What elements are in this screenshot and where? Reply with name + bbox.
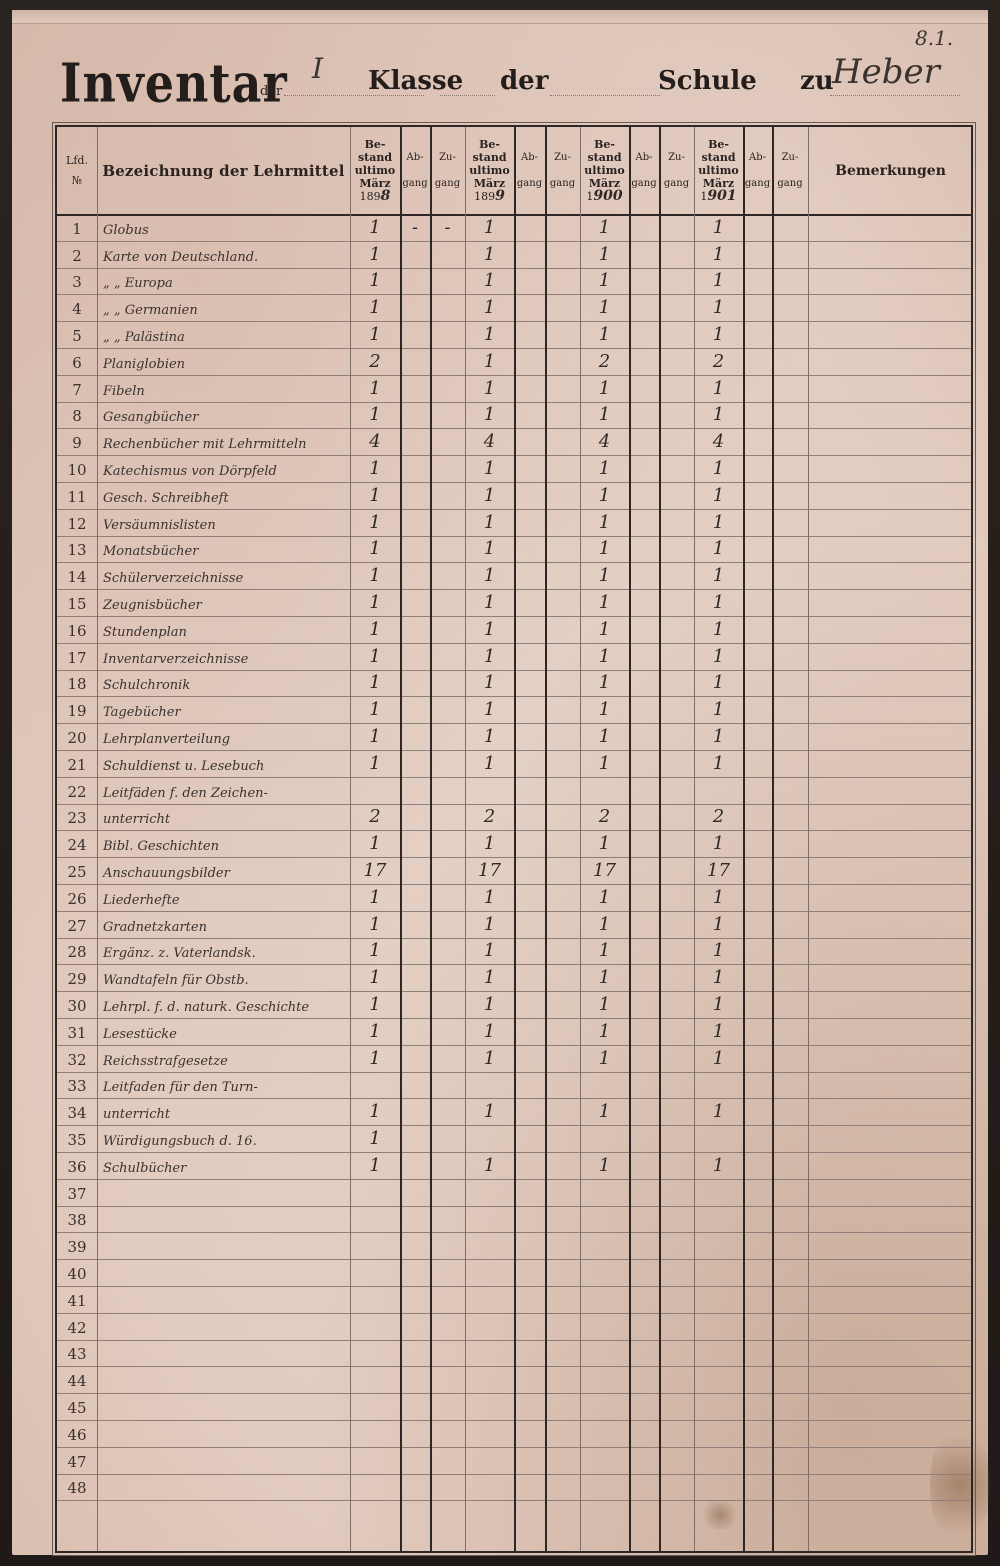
abgang-value	[400, 294, 430, 321]
row-number: 18	[57, 670, 97, 697]
row-number: 21	[57, 750, 97, 777]
stock-count: 1	[465, 402, 514, 429]
stock-count: 1	[350, 616, 400, 643]
item-description: „ „ Palästina	[97, 321, 350, 348]
header-abgang-text: gang	[517, 171, 542, 197]
zugang-value	[430, 723, 465, 750]
stock-count: 1	[350, 375, 400, 402]
zugang-value	[430, 1045, 465, 1072]
header-bestand-text: ultimo	[355, 164, 395, 177]
stock-count: 2	[465, 804, 514, 831]
zugang-value	[430, 589, 465, 616]
abgang-value	[400, 830, 430, 857]
zugang-value	[430, 1259, 465, 1286]
abgang-value	[400, 616, 430, 643]
stock-count: 1	[465, 670, 514, 697]
item-description	[97, 1206, 350, 1233]
stock-count: 1	[465, 643, 514, 670]
stock-count: 2	[694, 348, 743, 375]
abgang-value	[400, 1447, 430, 1474]
title-schule: Schule	[658, 66, 757, 96]
item-description	[97, 1420, 350, 1447]
stock-count: 1	[694, 670, 743, 697]
row-number: 32	[57, 1045, 97, 1072]
stock-count: 1	[465, 294, 514, 321]
stock-count: 1	[694, 964, 743, 991]
stock-count	[350, 1286, 400, 1313]
abgang-value	[400, 321, 430, 348]
abgang-value	[400, 536, 430, 563]
abgang-value	[400, 884, 430, 911]
stock-count	[465, 1259, 514, 1286]
row-number: 1	[57, 214, 97, 241]
stock-count: 1	[465, 938, 514, 965]
stock-count	[465, 1393, 514, 1420]
zugang-value	[430, 938, 465, 965]
header-bestand-text: stand	[701, 151, 735, 164]
header-zugang-text: gang	[435, 171, 460, 197]
item-description: Schuldienst u. Lesebuch	[97, 750, 350, 777]
stock-count: 1	[465, 723, 514, 750]
row-number: 11	[57, 482, 97, 509]
item-description: „ „ Europa	[97, 268, 350, 295]
column-rule	[808, 127, 809, 1551]
stock-count: 1	[465, 482, 514, 509]
stock-count: 1	[694, 241, 743, 268]
stock-count: 1	[580, 509, 629, 536]
item-description: unterricht	[97, 1098, 350, 1125]
stock-count: 1	[580, 321, 629, 348]
item-description	[97, 1313, 350, 1340]
stock-count	[580, 1125, 629, 1152]
stock-count: 2	[580, 804, 629, 831]
stock-count: 1	[465, 589, 514, 616]
item-description: Lesestücke	[97, 1018, 350, 1045]
stock-count: 1	[580, 911, 629, 938]
stock-count: 2	[580, 348, 629, 375]
stock-count	[465, 1447, 514, 1474]
header-abgang-text: gang	[402, 171, 427, 197]
header-bestand-text: Be-	[708, 138, 729, 151]
item-description	[97, 1447, 350, 1474]
header-zugang-text: Zu-	[668, 145, 685, 171]
stock-count: 17	[694, 857, 743, 884]
stock-count: 1	[465, 241, 514, 268]
header-zugang-3: Zu-gang	[772, 127, 808, 214]
abgang-value	[400, 402, 430, 429]
stock-count	[580, 1259, 629, 1286]
zugang-value	[430, 884, 465, 911]
header-abgang-text: Ab-	[635, 145, 652, 171]
abgang-value	[400, 509, 430, 536]
row-number: 5	[57, 321, 97, 348]
header-zugang-text: Zu-	[554, 145, 571, 171]
item-description: Monatsbücher	[97, 536, 350, 563]
stock-count: 1	[350, 964, 400, 991]
abgang-value	[400, 1125, 430, 1152]
row-number: 33	[57, 1072, 97, 1099]
stock-count: 1	[350, 1018, 400, 1045]
item-description: Reichsstrafgesetze	[97, 1045, 350, 1072]
item-description: Anschauungsbilder	[97, 857, 350, 884]
year-handwritten: 8	[381, 188, 391, 204]
abgang-value	[400, 938, 430, 965]
row-number: 34	[57, 1098, 97, 1125]
stock-count	[580, 1340, 629, 1367]
row-number: 3	[57, 268, 97, 295]
zugang-value	[430, 857, 465, 884]
item-description: Fibeln	[97, 375, 350, 402]
stock-count: 1	[465, 1045, 514, 1072]
header-zugang-1: Zu-gang	[545, 127, 580, 214]
stock-count: 1	[350, 1045, 400, 1072]
stock-count: 1	[350, 321, 400, 348]
stock-count: 1	[694, 750, 743, 777]
stock-count: 1	[580, 616, 629, 643]
item-description	[97, 1366, 350, 1393]
item-description	[97, 1259, 350, 1286]
stock-count: 1	[465, 375, 514, 402]
stock-count: 1	[580, 884, 629, 911]
abgang-value	[400, 428, 430, 455]
header-lfd-label: Lfd.	[66, 151, 88, 171]
row-number: 48	[57, 1474, 97, 1501]
stock-count: 1	[350, 562, 400, 589]
stock-count	[350, 1232, 400, 1259]
row-number: 17	[57, 643, 97, 670]
stock-count: 1	[694, 1098, 743, 1125]
stock-count: 1	[580, 1098, 629, 1125]
abgang-value	[400, 1286, 430, 1313]
stock-count: 1	[694, 1018, 743, 1045]
stock-count: 1	[350, 938, 400, 965]
stock-count	[350, 1206, 400, 1233]
stock-count	[580, 1313, 629, 1340]
stock-count: 1	[580, 830, 629, 857]
item-description	[97, 1340, 350, 1367]
abgang-value	[400, 268, 430, 295]
row-number: 10	[57, 455, 97, 482]
header-year: 1899	[474, 190, 505, 203]
stock-count: 1	[694, 991, 743, 1018]
stock-count	[465, 1286, 514, 1313]
item-description	[97, 1232, 350, 1259]
row-number: 25	[57, 857, 97, 884]
stock-count: 1	[580, 1018, 629, 1045]
stock-count: 1	[350, 294, 400, 321]
header-abgang-text: Ab-	[749, 145, 766, 171]
header-bestand-text: Be-	[594, 138, 615, 151]
stock-count	[465, 1179, 514, 1206]
stock-count: 1	[694, 938, 743, 965]
header-abgang-text: gang	[745, 171, 770, 197]
header-zugang-text: gang	[664, 171, 689, 197]
item-description: Leitfäden f. den Zeichen-	[97, 777, 350, 804]
item-description	[97, 1179, 350, 1206]
stock-count: 1	[465, 509, 514, 536]
abgang-value	[400, 589, 430, 616]
abgang-value	[400, 1232, 430, 1259]
zugang-value	[430, 402, 465, 429]
stock-count: 1	[580, 375, 629, 402]
stock-count	[580, 1474, 629, 1501]
abgang-value	[400, 1366, 430, 1393]
item-description: Gradnetzkarten	[97, 911, 350, 938]
stock-count: 2	[350, 804, 400, 831]
row-number: 2	[57, 241, 97, 268]
stock-count: 1	[350, 1125, 400, 1152]
stock-count	[694, 1286, 743, 1313]
stock-count	[580, 1420, 629, 1447]
stock-count: 1	[580, 964, 629, 991]
stock-count: 1	[350, 455, 400, 482]
zugang-value	[430, 1366, 465, 1393]
stock-count	[580, 1232, 629, 1259]
stock-count	[580, 1206, 629, 1233]
class-value: I	[312, 52, 323, 85]
zugang-value	[430, 1393, 465, 1420]
abgang-value	[400, 804, 430, 831]
stock-count: 1	[465, 268, 514, 295]
stock-count	[465, 777, 514, 804]
stock-count: 1	[694, 589, 743, 616]
zugang-value	[430, 777, 465, 804]
stock-count: 1	[350, 268, 400, 295]
header-bestand-text: ultimo	[469, 164, 509, 177]
stock-count: 1	[350, 1098, 400, 1125]
stock-count	[350, 1420, 400, 1447]
zugang-value	[430, 455, 465, 482]
stock-count: 1	[580, 214, 629, 241]
stock-count	[580, 1366, 629, 1393]
zugang-value	[430, 1072, 465, 1099]
column-rule	[743, 127, 745, 1551]
row-number: 31	[57, 1018, 97, 1045]
stock-count: 4	[694, 428, 743, 455]
abgang-value	[400, 1045, 430, 1072]
stock-count: 1	[580, 696, 629, 723]
header-lfd: Lfd. №	[57, 127, 97, 214]
year-handwritten: 900	[593, 188, 622, 204]
stock-count: 1	[694, 562, 743, 589]
fill-line	[440, 95, 495, 96]
zugang-value	[430, 1313, 465, 1340]
zugang-value	[430, 375, 465, 402]
zugang-value	[430, 1018, 465, 1045]
header-bestand-3: Be-standultimoMärz1901	[694, 127, 743, 214]
abgang-value	[400, 777, 430, 804]
stock-count	[465, 1340, 514, 1367]
zugang-value	[430, 696, 465, 723]
item-description: Versäumnislisten	[97, 509, 350, 536]
row-number: 36	[57, 1152, 97, 1179]
stock-count: 1	[694, 214, 743, 241]
header-zugang-0: Zu-gang	[430, 127, 465, 214]
stock-count: 1	[580, 723, 629, 750]
stock-count: 1	[580, 402, 629, 429]
header-zugang-text: gang	[550, 171, 575, 197]
stock-count: 1	[580, 268, 629, 295]
item-description: Planiglobien	[97, 348, 350, 375]
header-year: 1901	[700, 190, 736, 203]
stock-count	[694, 1206, 743, 1233]
stock-count: 1	[350, 241, 400, 268]
year-printed: 189	[360, 190, 381, 203]
stock-count: 1	[350, 509, 400, 536]
stock-count	[465, 1125, 514, 1152]
row-number: 22	[57, 777, 97, 804]
zugang-value	[430, 1152, 465, 1179]
stock-count: 1	[350, 750, 400, 777]
year-handwritten: 901	[707, 188, 736, 204]
row-number: 46	[57, 1420, 97, 1447]
header-bestand-text: stand	[358, 151, 392, 164]
stock-count: 1	[694, 830, 743, 857]
abgang-value	[400, 991, 430, 1018]
zugang-value	[430, 830, 465, 857]
stock-count: 17	[465, 857, 514, 884]
stock-count: 1	[465, 964, 514, 991]
stock-count: 1	[580, 536, 629, 563]
abgang-value	[400, 750, 430, 777]
row-number: 4	[57, 294, 97, 321]
abgang-value	[400, 1018, 430, 1045]
item-description: Gesch. Schreibheft	[97, 482, 350, 509]
abgang-value	[400, 375, 430, 402]
stock-count: 1	[694, 696, 743, 723]
item-description: Wandtafeln für Obstb.	[97, 964, 350, 991]
zugang-value	[430, 1098, 465, 1125]
row-number: 24	[57, 830, 97, 857]
stock-count: 1	[350, 723, 400, 750]
stock-count	[694, 1447, 743, 1474]
item-description: Lehrpl. f. d. naturk. Geschichte	[97, 991, 350, 1018]
stock-count: 1	[580, 1045, 629, 1072]
stock-count	[580, 1179, 629, 1206]
stock-count	[694, 1313, 743, 1340]
row-number: 9	[57, 428, 97, 455]
row-number: 43	[57, 1340, 97, 1367]
stock-count	[580, 1393, 629, 1420]
inventory-table: Lfd. № Bezeichnung der Lehrmittel Be-sta…	[55, 125, 973, 1553]
zugang-value	[430, 1179, 465, 1206]
stock-count	[694, 1259, 743, 1286]
header-abgang-3: Ab-gang	[743, 127, 772, 214]
column-rule	[430, 127, 432, 1551]
stock-count	[465, 1366, 514, 1393]
stock-count: 1	[465, 991, 514, 1018]
item-description: Leitfaden für den Turn-	[97, 1072, 350, 1099]
row-number: 26	[57, 884, 97, 911]
row-number: 38	[57, 1206, 97, 1233]
place-value: Heber	[832, 52, 940, 92]
stock-count	[580, 777, 629, 804]
stock-count: 1	[350, 696, 400, 723]
row-number: 19	[57, 696, 97, 723]
stock-count	[694, 1474, 743, 1501]
stock-count: 1	[694, 643, 743, 670]
item-description: Karte von Deutschland.	[97, 241, 350, 268]
place-fill-line	[830, 95, 960, 96]
abgang-value: -	[400, 214, 430, 241]
column-rule	[514, 127, 516, 1551]
stock-count: 1	[350, 214, 400, 241]
stock-count	[465, 1072, 514, 1099]
row-number: 15	[57, 589, 97, 616]
stock-count: 1	[694, 536, 743, 563]
item-description: Schülerverzeichnisse	[97, 562, 350, 589]
item-description: Rechenbücher mit Lehrmitteln	[97, 428, 350, 455]
item-description: Katechismus von Dörpfeld	[97, 455, 350, 482]
year-handwritten: 9	[495, 188, 505, 204]
year-printed: 189	[474, 190, 495, 203]
stock-count	[350, 1179, 400, 1206]
abgang-value	[400, 723, 430, 750]
row-number: 37	[57, 1179, 97, 1206]
header-bestand-text: stand	[472, 151, 506, 164]
row-number: 45	[57, 1393, 97, 1420]
header-bestand-text: Be-	[365, 138, 386, 151]
stock-count	[694, 1072, 743, 1099]
stock-count	[694, 1393, 743, 1420]
stock-count: 1	[580, 589, 629, 616]
header-abgang-0: Ab-gang	[400, 127, 430, 214]
abgang-value	[400, 241, 430, 268]
zugang-value	[430, 643, 465, 670]
stock-count: 1	[350, 536, 400, 563]
abgang-value	[400, 1340, 430, 1367]
zugang-value	[430, 1447, 465, 1474]
stock-count: 1	[465, 214, 514, 241]
item-description: unterricht	[97, 804, 350, 831]
zugang-value	[430, 241, 465, 268]
corner-note: 8.1.	[915, 26, 953, 50]
abgang-value	[400, 1206, 430, 1233]
stock-count: 1	[350, 670, 400, 697]
stock-count	[350, 1340, 400, 1367]
stock-count: 17	[580, 857, 629, 884]
row-number: 14	[57, 562, 97, 589]
stock-count: 1	[580, 455, 629, 482]
abgang-value	[400, 562, 430, 589]
stock-count: 1	[694, 911, 743, 938]
zugang-value	[430, 750, 465, 777]
column-rule	[659, 127, 661, 1551]
stock-count	[580, 1447, 629, 1474]
item-description: Globus	[97, 214, 350, 241]
stock-count: 1	[694, 884, 743, 911]
title-inventar: Inventar	[60, 52, 288, 114]
header-year: 1898	[360, 190, 391, 203]
stock-count: 4	[580, 428, 629, 455]
row-number: 7	[57, 375, 97, 402]
header-description: Bezeichnung der Lehrmittel	[97, 127, 350, 214]
zugang-value	[430, 428, 465, 455]
header-bestand-text: ultimo	[584, 164, 624, 177]
header-zugang-2: Zu-gang	[659, 127, 694, 214]
abgang-value	[400, 1152, 430, 1179]
stock-count: 1	[580, 562, 629, 589]
stock-count: 1	[465, 1018, 514, 1045]
row-number: 8	[57, 402, 97, 429]
abgang-value	[400, 348, 430, 375]
stock-count: 17	[350, 857, 400, 884]
zugang-value	[430, 964, 465, 991]
stock-count: 2	[350, 348, 400, 375]
school-fill-line	[550, 95, 660, 96]
item-description	[97, 1393, 350, 1420]
stock-count: 1	[350, 589, 400, 616]
